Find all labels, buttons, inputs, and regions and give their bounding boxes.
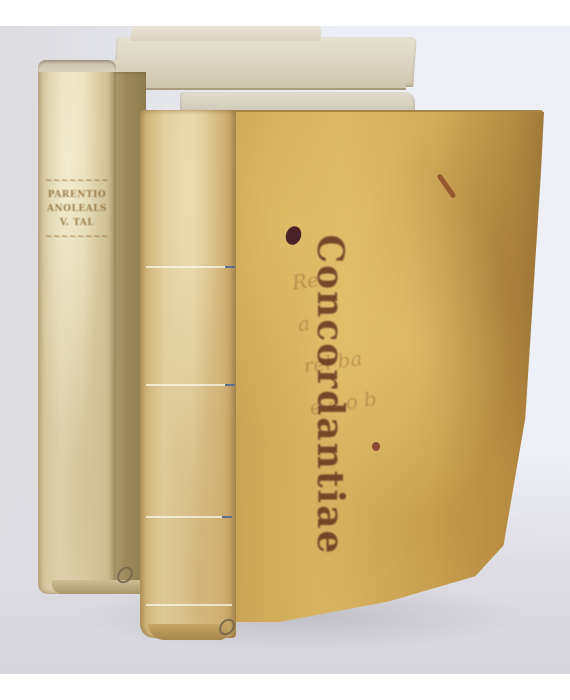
back-book-spine <box>38 64 114 594</box>
spine-raised-band <box>146 384 232 386</box>
front-book-foot <box>148 624 228 640</box>
spine-label-line: ANOLEALS <box>42 202 112 216</box>
spine-label-line: V. TAL <box>42 216 112 230</box>
spine-label-line: ~~~~~~~~ <box>42 174 112 188</box>
spine-raised-band <box>146 516 232 518</box>
book-photo: ~~~~~~~~ PARENTIO ANOLEALS V. TAL ~~~~~~… <box>0 26 570 674</box>
spine-label-line: ~~~~~~~~ <box>42 230 112 244</box>
spine-raised-band <box>146 266 232 268</box>
spine-label-line: PARENTIO <box>42 188 112 202</box>
ink-dot-mark <box>372 442 380 451</box>
back-book-foot <box>52 580 147 594</box>
thread-stitch <box>225 266 235 268</box>
thread-stitch <box>222 516 232 518</box>
front-book-spine <box>140 110 236 638</box>
front-book-spine-title: Concordantiae <box>309 135 351 655</box>
spine-raised-band <box>146 604 232 606</box>
back-book-headcap <box>38 60 116 72</box>
back-book-spine-label: ~~~~~~~~ PARENTIO ANOLEALS V. TAL ~~~~~~… <box>42 174 112 244</box>
thread-stitch <box>225 384 235 386</box>
back-book-top-board <box>110 60 406 90</box>
